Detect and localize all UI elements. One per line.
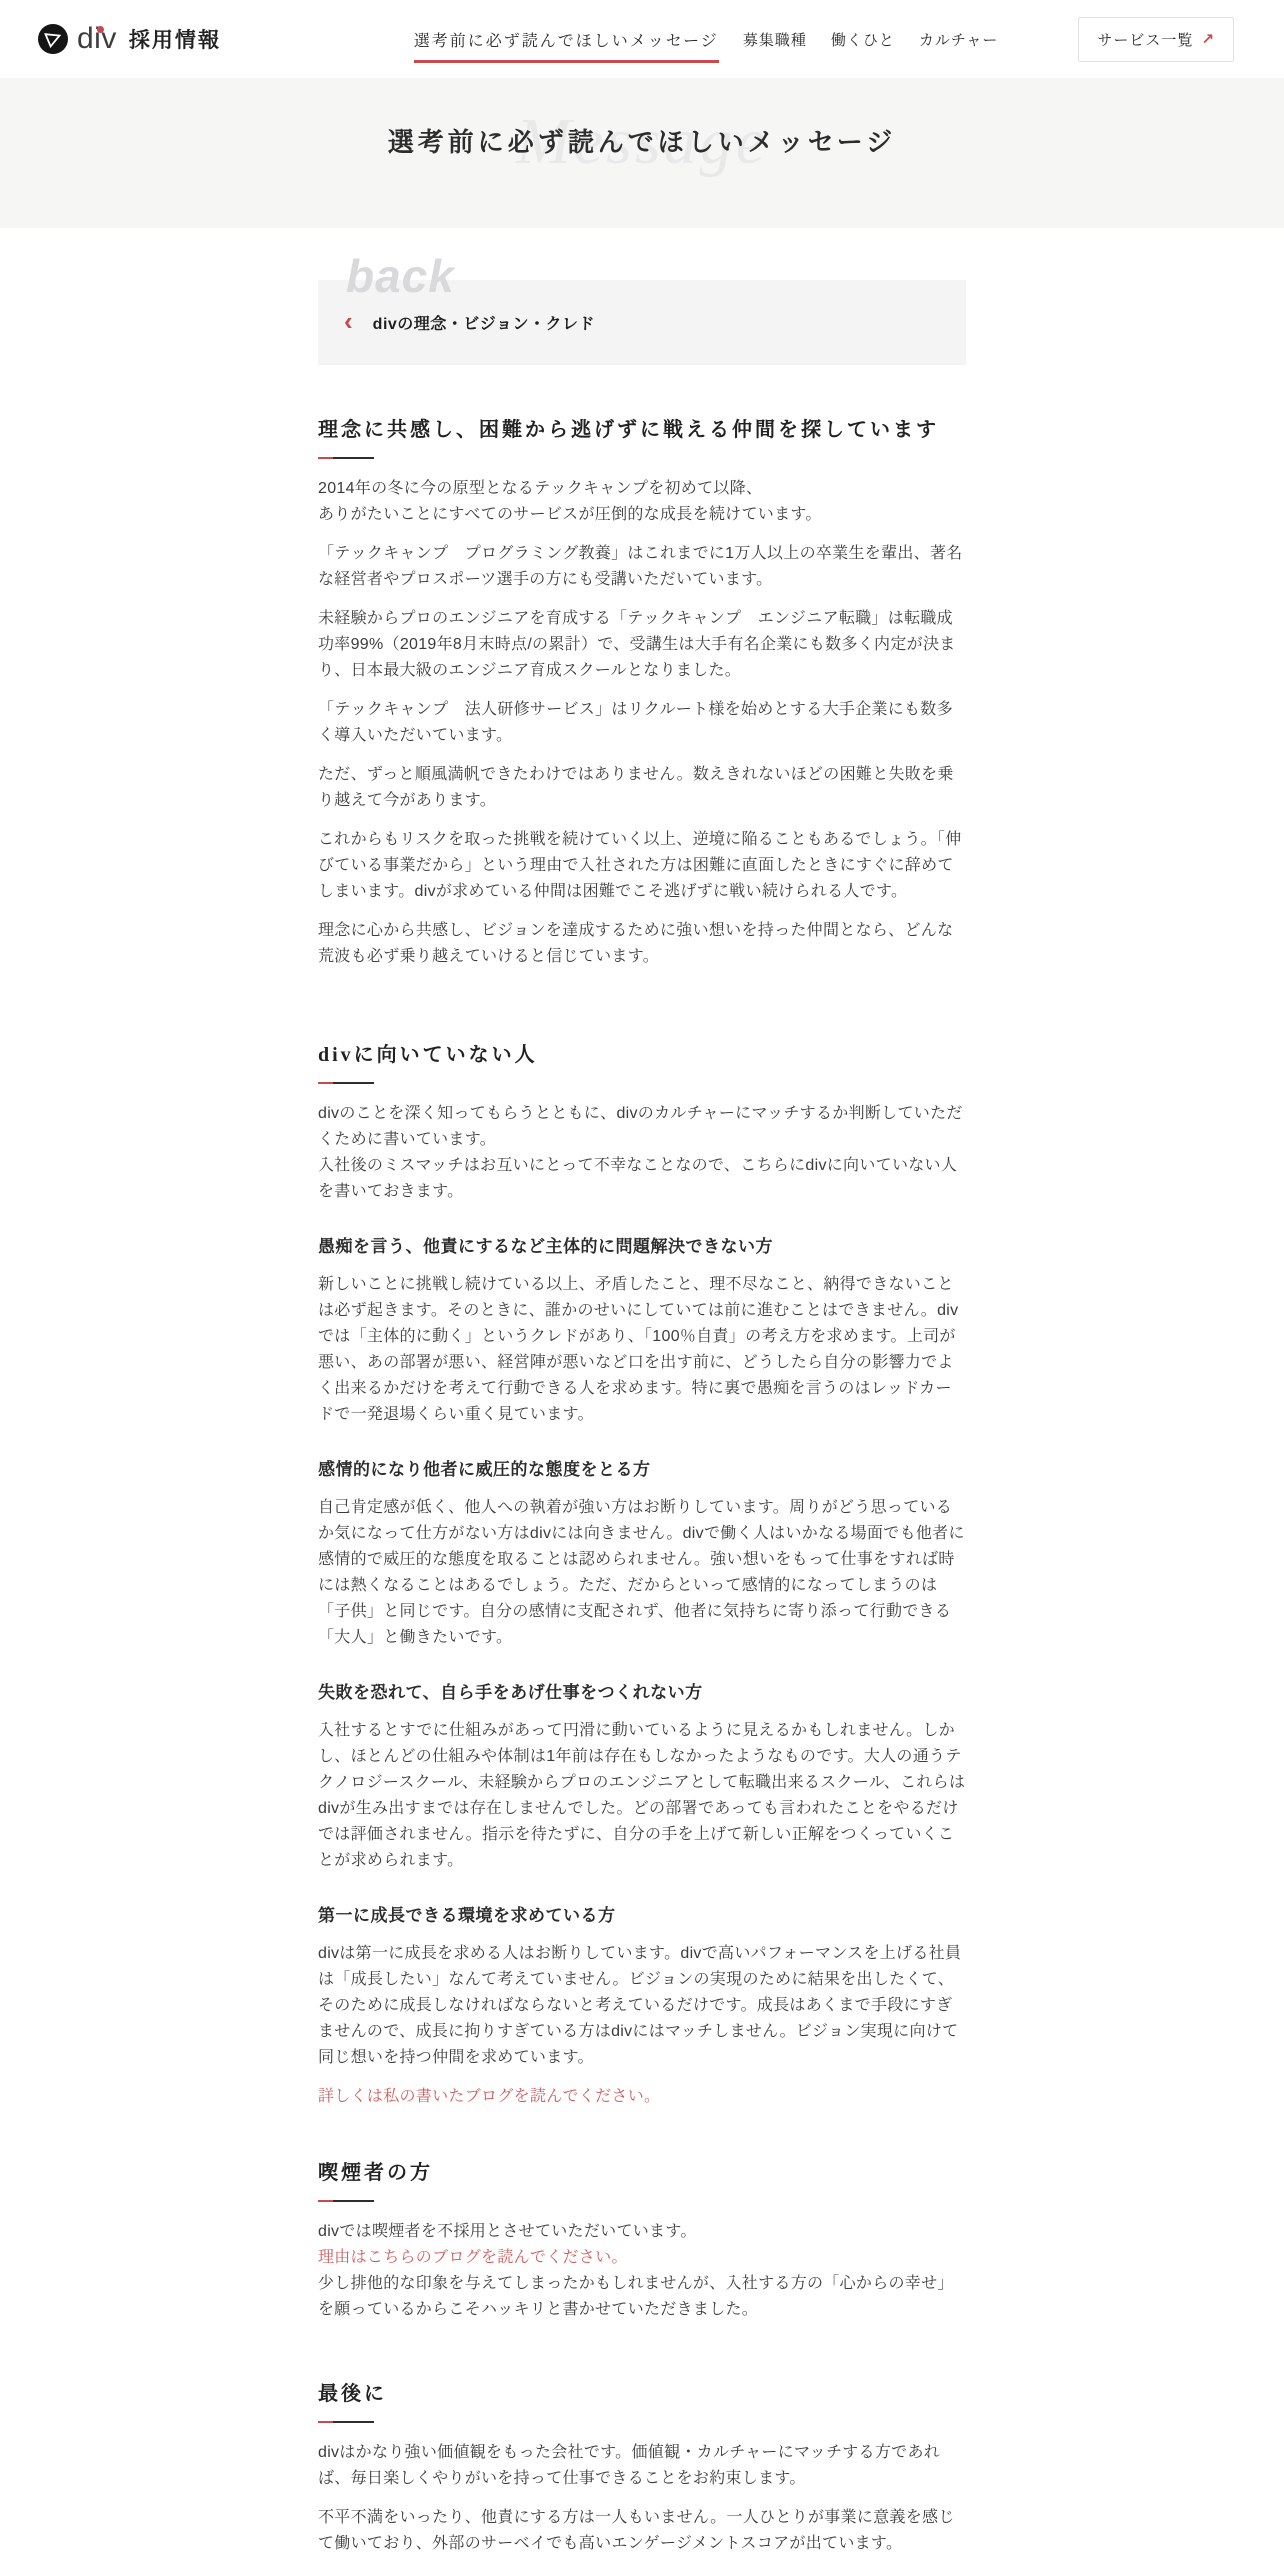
- chevron-left-icon: ‹: [344, 308, 353, 334]
- sub-heading: 失敗を恐れて、自ら手をあげ仕事をつくれない方: [318, 1681, 966, 1705]
- paragraph: 理念に心から共感し、ビジョンを達成するために強い想いを持った仲間となら、どんな荒…: [318, 918, 966, 970]
- hero-section: Message 選考前に必ず読んでほしいメッセージ: [0, 78, 1284, 228]
- blog-link[interactable]: 理由はこちらのブログを読んでください。: [318, 2245, 966, 2271]
- paragraph: これからもリスクを取った挑戦を続けていく以上、逆境に陥ることもあるでしょう。「伸…: [318, 827, 966, 905]
- section-not-suited: divに向いていない人 divのことを深く知ってもらうとともに、divのカルチャ…: [318, 1040, 966, 2110]
- paragraph: 「テックキャンプ プログラミング教養」はこれまでに1万人以上の卒業生を輩出、著名…: [318, 541, 966, 593]
- paragraph: ただ、ずっと順風満帆できたわけではありません。数えきれないほどの困難と失敗を乗り…: [318, 762, 966, 814]
- paragraph: 2014年の冬に今の原型となるテックキャンプを初めて以降、 ありがたいことにすべ…: [318, 476, 966, 528]
- section-finally: 最後に divはかなり強い価値観をもった会社です。価値観・カルチャーにマッチする…: [318, 2379, 966, 2557]
- heading-rule: [318, 2421, 374, 2423]
- heading-rule: [318, 2200, 374, 2202]
- back-link-label: divの理念・ビジョン・クレド: [373, 311, 595, 334]
- logo-brand-text: div: [77, 24, 117, 54]
- back-link-card[interactable]: back ‹ divの理念・ビジョン・クレド: [318, 280, 966, 365]
- paragraph: 不平不満をいったり、他責にする方は一人もいません。一人ひとりが事業に意義を感じて…: [318, 2505, 966, 2557]
- sub-heading: 第一に成長できる環境を求めている方: [318, 1904, 966, 1928]
- paragraph: 新しいことに挑戦し続けている以上、矛盾したこと、理不尽なこと、納得できないことは…: [318, 1272, 966, 1428]
- external-link-icon: ↗: [1201, 30, 1215, 48]
- paragraph: 入社するとすでに仕組みがあって円滑に動いているように見えるかもしれません。しかし…: [318, 1718, 966, 1874]
- nav-item-jobs[interactable]: 募集職種: [743, 29, 807, 50]
- logo-suffix-text: 採用情報: [129, 24, 221, 54]
- services-button-label: サービス一覧: [1097, 29, 1193, 50]
- header: div 採用情報 選考前に必ず読んでほしいメッセージ 募集職種 働くひと カルチ…: [0, 0, 1284, 78]
- paragraph: divのことを深く知ってもらうとともに、divのカルチャーにマッチするか判断して…: [318, 1101, 966, 1205]
- paragraph: divでは喫煙者を不採用とさせていただいています。: [318, 2219, 966, 2245]
- paragraph: divはかなり強い価値観をもった会社です。価値観・カルチャーにマッチする方であれ…: [318, 2440, 966, 2492]
- main-nav: 選考前に必ず読んでほしいメッセージ 募集職種 働くひと カルチャー サービス一覧…: [390, 17, 1234, 62]
- sub-heading: 感情的になり他者に威圧的な態度をとる方: [318, 1458, 966, 1482]
- blog-link[interactable]: 詳しくは私の書いたブログを読んでください。: [318, 2084, 966, 2110]
- nav-item-culture[interactable]: カルチャー: [919, 29, 999, 50]
- nav-item-people[interactable]: 働くひと: [831, 29, 895, 50]
- section-heading: 最後に: [318, 2379, 966, 2409]
- section-philosophy: 理念に共感し、困難から逃げずに戦える仲間を探しています 2014年の冬に今の原型…: [318, 415, 966, 970]
- paragraph: divは第一に成長を求める人はお断りしています。divで高いパフォーマンスを上げ…: [318, 1941, 966, 2071]
- heading-rule: [318, 1082, 374, 1084]
- heading-rule: [318, 457, 374, 459]
- sub-heading: 愚痴を言う、他責にするなど主体的に問題解決できない方: [318, 1235, 966, 1259]
- main-content: 理念に共感し、困難から逃げずに戦える仲間を探しています 2014年の冬に今の原型…: [318, 415, 966, 2557]
- logo[interactable]: div 採用情報: [38, 24, 221, 54]
- paragraph: 少し排他的な印象を与えてしまったかもしれませんが、入社する方の「心からの幸せ」を…: [318, 2271, 966, 2323]
- section-smokers: 喫煙者の方 divでは喫煙者を不採用とさせていただいています。 理由はこちらのブ…: [318, 2158, 966, 2323]
- paragraph: 自己肯定感が低く、他人への執着が強い方はお断りしています。周りがどう思っているか…: [318, 1495, 966, 1651]
- div-logo-icon: [38, 24, 68, 54]
- page-title: 選考前に必ず読んでほしいメッセージ: [0, 122, 1284, 159]
- section-heading: 喫煙者の方: [318, 2158, 966, 2188]
- back-watermark-text: back: [346, 253, 455, 299]
- nav-item-message[interactable]: 選考前に必ず読んでほしいメッセージ: [414, 28, 719, 51]
- paragraph: 未経験からプロのエンジニアを育成する「テックキャンプ エンジニア転職」は転職成功…: [318, 606, 966, 684]
- section-heading: divに向いていない人: [318, 1040, 966, 1070]
- services-button[interactable]: サービス一覧 ↗: [1078, 17, 1234, 62]
- logo-i-dot: [97, 26, 104, 33]
- section-heading: 理念に共感し、困難から逃げずに戦える仲間を探しています: [318, 415, 966, 445]
- paragraph: 「テックキャンプ 法人研修サービス」はリクルート様を始めとする大手企業にも数多く…: [318, 697, 966, 749]
